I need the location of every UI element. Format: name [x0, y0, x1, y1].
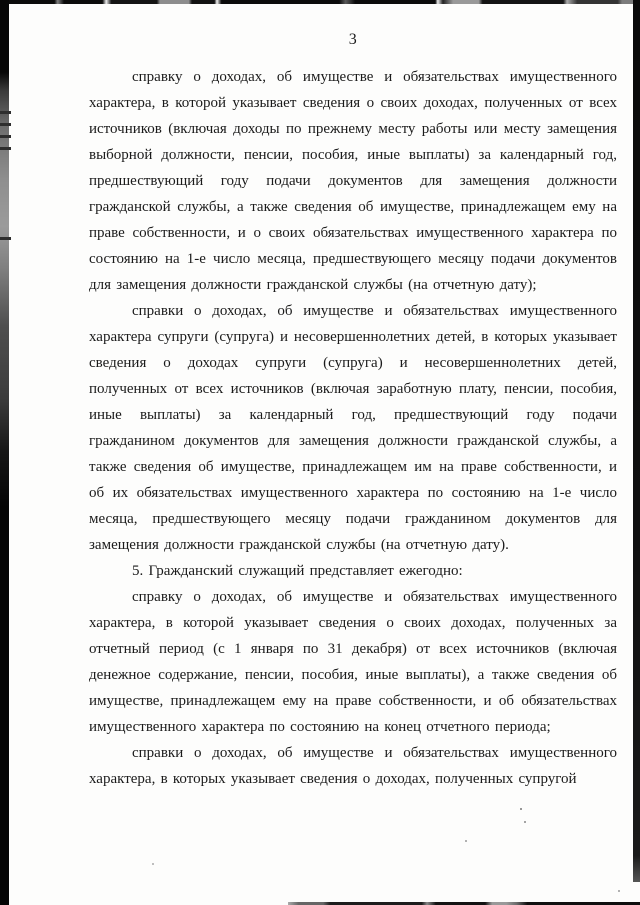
dust-speck — [152, 863, 154, 865]
paragraph-annual-certificate: справку о доходах, об имуществе и обязат… — [89, 584, 617, 740]
dust-speck — [465, 840, 467, 842]
dust-speck — [524, 821, 526, 823]
scan-tick-mark — [0, 147, 11, 150]
paragraph-spouse-certificates-continued: справки о доходах, об имуществе и обязат… — [89, 740, 617, 792]
document-text-block: 3 справку о доходах, об имуществе и обяз… — [89, 28, 617, 792]
page-number: 3 — [89, 28, 617, 52]
scan-tick-mark — [0, 237, 11, 240]
scan-edge-top — [0, 0, 640, 4]
paragraph-clause-5: 5. Гражданский служащий представляет еже… — [89, 558, 617, 584]
paragraph-certificates-spouse-children: справки о доходах, об имуществе и обязат… — [89, 298, 617, 558]
dust-speck — [618, 890, 620, 892]
scan-tick-mark — [0, 111, 11, 114]
scan-edge-right — [633, 0, 640, 882]
scan-tick-mark — [0, 135, 11, 138]
scanned-document-page: 3 справку о доходах, об имуществе и обяз… — [0, 0, 640, 905]
scan-tick-mark — [0, 123, 11, 126]
paragraph-certificate-own-income: справку о доходах, об имуществе и обязат… — [89, 64, 617, 298]
dust-speck — [520, 808, 522, 810]
